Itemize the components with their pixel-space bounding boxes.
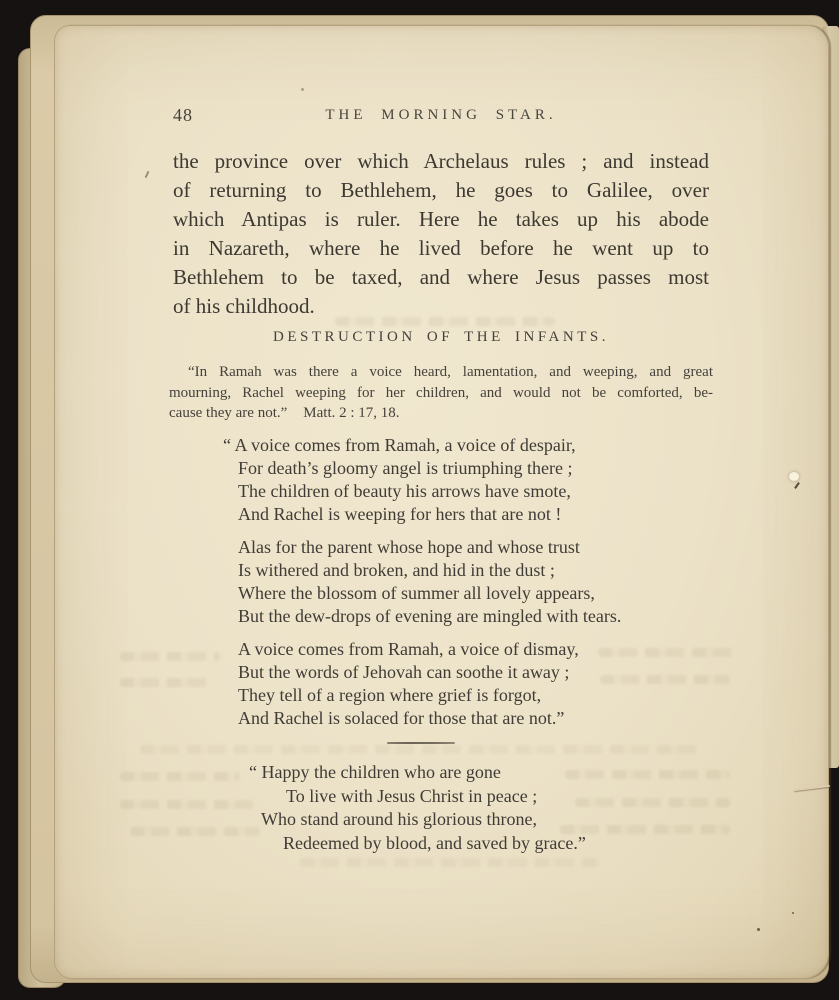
poem-line: The children of beauty his arrows have s… [238,480,621,503]
scripture-last-line: cause they are not.” [169,405,287,421]
ghost-showthrough [565,770,730,779]
paragraph-line: the province over which Archelaus rules … [173,147,709,176]
poem-line: And Rachel is solaced for those that are… [238,707,621,730]
scripture-line: cause they are not.”Matt. 2 : 17, 18. [169,403,713,424]
ghost-showthrough [575,798,730,807]
poem-line: Where the blossom of summer all lovely a… [238,582,621,605]
poem-stanza: A voice comes from Ramah, a voice of dis… [238,638,621,730]
page-header: 48 THE MORNING STAR. [173,105,709,127]
scripture-quote: “In Ramah was there a voice heard, lamen… [169,362,713,424]
ghost-showthrough [335,317,555,326]
verse-line: Who stand around his glorious throne, [261,808,586,832]
poem-stanza: “ A voice comes from Ramah, a voice of d… [238,434,621,526]
poem-line: Is withered and broken, and hid in the d… [238,559,621,582]
poem-line: A voice comes from Ramah, a voice of dis… [238,638,621,661]
poem-line: For death’s gloomy angel is triumphing t… [238,457,621,480]
divider-rule [387,742,455,744]
ghost-showthrough [120,652,220,661]
ghost-showthrough [120,678,210,687]
poem-line: They tell of a region where grief is for… [238,684,621,707]
ghost-showthrough [598,648,738,657]
verse-line: Redeemed by blood, and saved by grace.” [283,832,586,856]
paper-blemish [789,472,799,481]
poem-line: But the dew-drops of evening are mingled… [238,605,621,628]
scripture-reference: Matt. 2 : 17, 18. [303,405,399,421]
paragraph-line: of returning to Bethlehem, he goes to Ga… [173,176,709,205]
ghost-showthrough [120,772,240,781]
section-heading: DESTRUCTION OF THE INFANTS. [173,329,709,346]
ghost-showthrough [600,675,730,684]
poem-line: And Rachel is weeping for hers that are … [238,503,621,526]
paper-speck [757,928,760,931]
poem: “ A voice comes from Ramah, a voice of d… [238,434,621,740]
paper-speck [792,912,794,914]
ghost-showthrough [140,745,700,754]
scan-background: { "page": { "number": "48", "running_tit… [0,0,839,1000]
paragraph-line: in Nazareth, where he lived before he we… [173,234,709,263]
paper-speck [301,88,304,91]
poem-line: But the words of Jehovah can soothe it a… [238,661,621,684]
scripture-line: “In Ramah was there a voice heard, lamen… [169,362,713,383]
poem-line: Alas for the parent whose hope and whose… [238,536,621,559]
scripture-line: mourning, Rachel weeping for her childre… [169,383,713,404]
ghost-showthrough [120,800,260,809]
ghost-showthrough [130,827,260,836]
running-title: THE MORNING STAR. [173,107,709,124]
paragraph-line: Bethlehem to be taxed, and where Jesus p… [173,263,709,292]
verse-line: “ Happy the children who are gone [261,761,586,785]
ghost-showthrough [300,858,600,867]
paragraph-line: which Antipas is ruler. Here he takes up… [173,205,709,234]
verse-line: To live with Jesus Christ in peace ; [286,785,586,809]
closing-verse: “ Happy the children who are gone To liv… [261,761,586,855]
body-paragraph: the province over which Archelaus rules … [173,147,709,321]
poem-line: “ A voice comes from Ramah, a voice of d… [238,434,621,457]
poem-stanza: Alas for the parent whose hope and whose… [238,536,621,628]
ghost-showthrough [560,825,730,834]
